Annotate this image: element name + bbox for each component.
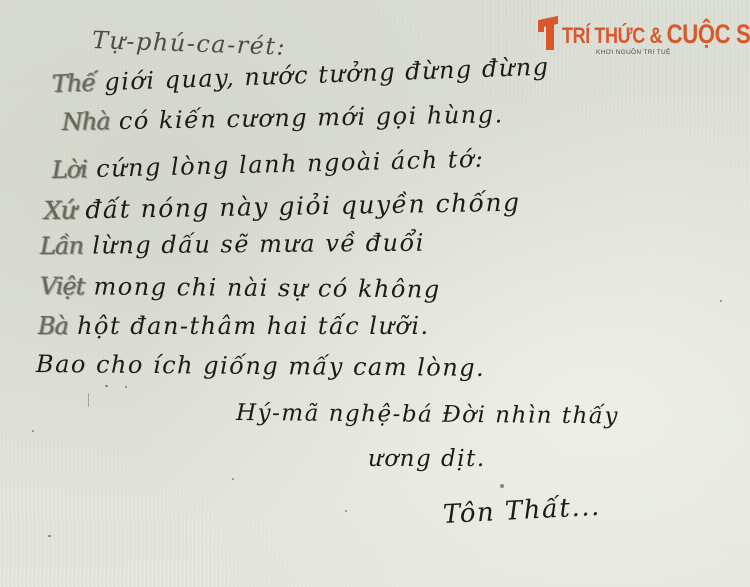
poem-line-2: Nhà có kiến cương mới gọi hùng. (62, 100, 504, 136)
closing-text: Hý-mã nghệ-bá Đời nhìn thấy (236, 400, 619, 429)
signature: Tôn Thất... (442, 492, 601, 530)
closing-line-2: ương dịt. (368, 446, 486, 472)
brand-part2: CUỘC SỐNG (667, 19, 750, 49)
brand-watermark: TRÍ THỨC & CUỘC SỐNG KHƠI NGUỒN TRI TUỆ (538, 16, 743, 60)
poem-line-3: Lời cứng lòng lanh ngoài ách tớ: (52, 145, 485, 184)
poem-line-4: Xứ đất nóng này giỏi quyền chống (44, 188, 521, 225)
line-text: giới quay, nước tưởng đừng đừng (104, 53, 550, 97)
brand-ampersand: & (649, 23, 662, 48)
letter-title: Tự-phú-ca-rét: (92, 26, 287, 61)
margin-word: Lần (40, 232, 83, 260)
line-text: có kiến cương mới gọi hùng. (119, 100, 504, 135)
poem-line-6: Việt mong chi nài sự có không (40, 272, 441, 303)
poem-line-7: Bà hột đan-thâm hai tấc lưỡi. (38, 312, 430, 340)
title-text: Tự-phú-ca-rét: (92, 26, 287, 61)
poem-line-1: Thế giới quay, nước tưởng đừng đừng (52, 53, 550, 98)
brand-tagline: KHƠI NGUỒN TRI TUỆ (596, 49, 671, 56)
margin-word: Bà (38, 312, 68, 340)
brand-part1: TRÍ THỨC (562, 23, 645, 48)
closing-text: ương dịt. (368, 446, 486, 472)
line-text: cứng lòng lanh ngoài ách tớ: (96, 145, 485, 183)
closing-line-1: Hý-mã nghệ-bá Đời nhìn thấy (236, 400, 619, 429)
margin-word: Việt (40, 272, 85, 300)
line-text: đất nóng này giỏi quyền chống (85, 188, 521, 225)
poem-line-5: Lần lừng dấu sẽ mưa về đuổi (40, 229, 425, 260)
line-text: lừng dấu sẽ mưa về đuổi (92, 229, 425, 260)
poem-line-8: Bao cho ích giống mấy cam lòng. (36, 350, 485, 382)
brand-name: TRÍ THỨC & CUỘC SỐNG (562, 20, 750, 50)
line-text: Bao cho ích giống mấy cam lòng. (36, 350, 485, 382)
signature-text: Tôn Thất... (442, 492, 601, 530)
brand-logo-icon (538, 18, 560, 50)
line-text: hột đan-thâm hai tấc lưỡi. (77, 312, 430, 340)
margin-word: Lời (52, 155, 88, 184)
line-text: mong chi nài sự có không (93, 272, 440, 303)
margin-word: Nhà (62, 107, 110, 136)
margin-word: Thế (52, 68, 96, 97)
margin-word: Xứ (44, 195, 76, 225)
document-photo: Tự-phú-ca-rét: Thế giới quay, nước tưởng… (0, 0, 750, 587)
